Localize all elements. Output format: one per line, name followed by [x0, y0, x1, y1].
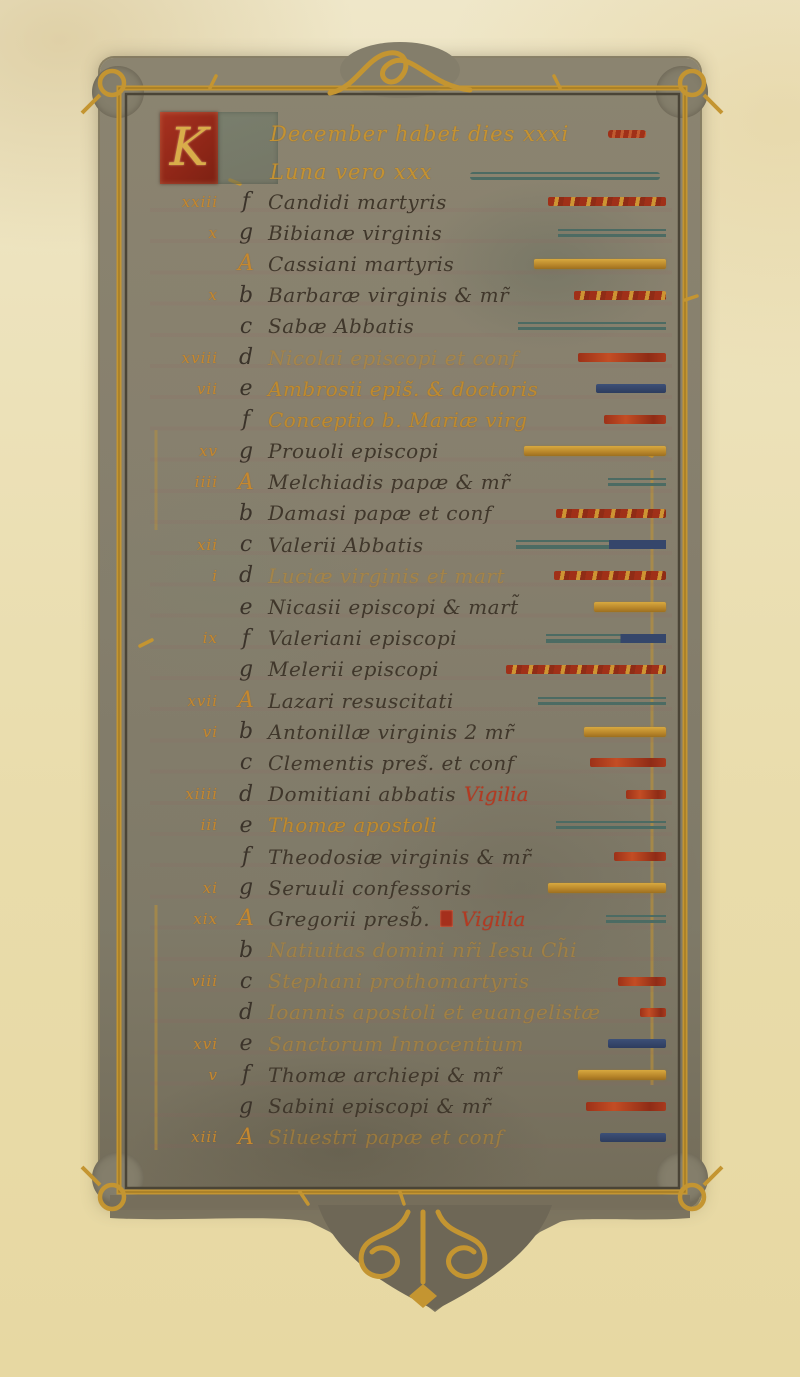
calendar-row: vi b Antonillæ virginis 2 mr̃	[150, 716, 672, 747]
dominical-letter: b	[224, 283, 268, 308]
golden-number: iiii	[150, 473, 224, 491]
calendar-row: d Ioannis apostoli et euangelistæ	[150, 997, 672, 1028]
feast-text: Damasi papæ et conf	[268, 501, 492, 525]
dominical-letter: e	[224, 813, 268, 838]
dominical-letter: d	[224, 345, 268, 370]
dominical-letter: c	[224, 314, 268, 339]
line-filler	[516, 540, 666, 549]
dominical-letter: f	[224, 844, 268, 869]
calendar-row: xviii d Nicolai episcopi et conf	[150, 342, 672, 373]
line-filler	[548, 197, 666, 206]
line-filler	[618, 977, 666, 986]
dominical-letter: A	[224, 688, 268, 713]
feast-text: Thomæ archiepi & mr̃	[268, 1063, 502, 1087]
calendar-row: f Conceptio b. Mariæ virg	[150, 404, 672, 435]
calendar-row: xv g Prouoli episcopi	[150, 436, 672, 467]
lunar-title: Luna vero xxx	[270, 160, 432, 184]
golden-number: iii	[150, 816, 224, 834]
dominical-letter: g	[224, 1094, 268, 1119]
dominical-letter: g	[224, 875, 268, 900]
line-filler	[574, 291, 666, 300]
faded-initial-panel	[218, 112, 278, 184]
dominical-letter: f	[224, 626, 268, 651]
golden-number: v	[150, 1066, 224, 1084]
feast-text: Thomæ apostoli	[268, 813, 437, 837]
dominical-letter: b	[224, 938, 268, 963]
calendar-row: xiiii d Domitiani abbatis Vigilia	[150, 779, 672, 810]
calendar-row: x g Bibianæ virginis	[150, 217, 672, 248]
feast-text: Prouoli episcopi	[268, 439, 439, 463]
calendar-row: e Nicasii episcopi & mart̃	[150, 591, 672, 622]
calendar-row: b Damasi papæ et conf	[150, 498, 672, 529]
dominical-letter: d	[224, 782, 268, 807]
dominical-letter: d	[224, 563, 268, 588]
golden-number: xi	[150, 879, 224, 897]
calendar-row: xix A Gregorii presb̃. Vigilia	[150, 903, 672, 934]
feast-text: Stephani prothomartyris	[268, 969, 530, 993]
golden-number: xxiii	[150, 193, 224, 211]
calendar-initial-block: K	[160, 112, 218, 184]
calendar-row: iiii A Melchiadis papæ & mr̃	[150, 467, 672, 498]
line-filler	[604, 415, 666, 424]
calendar-row: xiii A Siluestri papæ et conf	[150, 1122, 672, 1153]
dominical-letter: e	[224, 595, 268, 620]
dominical-letter: A	[224, 251, 268, 276]
line-filler	[608, 478, 666, 486]
feast-text: Ambrosii epis̃. & doctoris	[268, 377, 538, 401]
feast-text: Melerii episcopi	[268, 657, 439, 681]
calendar-row: v f Thomæ archiepi & mr̃	[150, 1059, 672, 1090]
dominical-letter: b	[224, 719, 268, 744]
golden-number: xv	[150, 442, 224, 460]
feast-text: Siluestri papæ et conf	[268, 1125, 503, 1149]
golden-number: vii	[150, 380, 224, 398]
golden-number: xviii	[150, 349, 224, 367]
calendar-rows: xxiii f Candidi martyris x g Bibianæ vir…	[150, 186, 672, 1153]
line-filler	[524, 446, 666, 456]
calendar-row: c Clementis pres̃. et conf	[150, 747, 672, 778]
calendar-row: ix f Valeriani episcopi	[150, 623, 672, 654]
line-filler	[640, 1008, 666, 1017]
feast-text: Seruuli confessoris	[268, 876, 472, 900]
golden-number: x	[150, 286, 224, 304]
calendar-row: b Natiuitas domini nr̃i Iesu Ch̃i	[150, 935, 672, 966]
line-filler	[584, 727, 666, 737]
golden-number: xvii	[150, 692, 224, 710]
calendar-row: viii c Stephani prothomartyris	[150, 966, 672, 997]
dominical-letter: e	[224, 1031, 268, 1056]
feast-text: Bibianæ virginis	[268, 221, 442, 245]
line-filler	[590, 758, 666, 767]
feast-text: Barbaræ virginis & mr̃	[268, 283, 509, 307]
dominical-letter: e	[224, 376, 268, 401]
line-filler	[558, 229, 666, 237]
calendar-row: xvii A Lazari resuscitati	[150, 685, 672, 716]
feast-text: Melchiadis papæ & mr̃	[268, 470, 510, 494]
rubric-paraph-mark	[440, 910, 453, 927]
line-filler	[546, 634, 666, 643]
line-filler	[518, 322, 666, 330]
calendar-row: i d Luciæ virginis et mart	[150, 560, 672, 591]
line-filler	[586, 1102, 666, 1111]
dominical-letter: g	[224, 439, 268, 464]
line-filler	[534, 259, 666, 269]
dominical-letter: f	[224, 1062, 268, 1087]
line-filler	[506, 665, 666, 674]
golden-number: xiiii	[150, 785, 224, 803]
golden-number: x	[150, 224, 224, 242]
line-filler	[596, 384, 666, 393]
calendar-row: g Sabini episcopi & mr̃	[150, 1090, 672, 1121]
feast-text: Ioannis apostoli et euangelistæ	[268, 1000, 601, 1024]
golden-number: xvi	[150, 1035, 224, 1053]
feast-text: Luciæ virginis et mart	[268, 564, 505, 588]
calendar-row: iii e Thomæ apostoli	[150, 810, 672, 841]
feast-text: Theodosiæ virginis & mr̃	[268, 845, 531, 869]
dominical-letter: g	[224, 657, 268, 682]
line-filler	[556, 509, 666, 518]
vigil-label: Vigilia	[461, 907, 525, 931]
feast-text: Nicolai episcopi et conf	[268, 346, 518, 370]
header-line-filler-teal	[470, 172, 660, 180]
month-title: December habet dies xxxi	[270, 122, 569, 146]
vigil-label: Vigilia	[464, 782, 528, 806]
calendar-row: xii c Valerii Abbatis	[150, 529, 672, 560]
feast-text: Antonillæ virginis 2 mr̃	[268, 720, 514, 744]
golden-number: xii	[150, 536, 224, 554]
line-filler	[606, 915, 666, 923]
feast-text: Domitiani abbatis	[268, 782, 456, 806]
calendar-row: vii e Ambrosii epis̃. & doctoris	[150, 373, 672, 404]
line-filler	[554, 571, 666, 580]
header-line-filler-red	[608, 130, 646, 138]
feast-text: Clementis pres̃. et conf	[268, 751, 515, 775]
line-filler	[538, 697, 666, 705]
feast-text: Gregorii presb̃.	[268, 907, 430, 931]
golden-number: ix	[150, 629, 224, 647]
feast-text: Candidi martyris	[268, 190, 447, 214]
line-filler	[578, 353, 666, 362]
feast-text: Lazari resuscitati	[268, 689, 454, 713]
kl-initial-letter: K	[170, 122, 209, 174]
dominical-letter: f	[224, 407, 268, 432]
dominical-letter: d	[224, 1000, 268, 1025]
feast-text: Valerii Abbatis	[268, 533, 424, 557]
manuscript-page: K December habet dies xxxi Luna vero xxx…	[0, 0, 800, 1377]
line-filler	[548, 883, 666, 893]
line-filler	[578, 1070, 666, 1080]
golden-number: i	[150, 567, 224, 585]
line-filler	[600, 1133, 666, 1142]
feast-text: Sabæ Abbatis	[268, 314, 414, 338]
dominical-letter: f	[224, 189, 268, 214]
dominical-letter: A	[224, 470, 268, 495]
feast-text: Sabini episcopi & mr̃	[268, 1094, 491, 1118]
calendar-row: x b Barbaræ virginis & mr̃	[150, 280, 672, 311]
dominical-letter: g	[224, 220, 268, 245]
calendar-row: xi g Seruuli confessoris	[150, 872, 672, 903]
dominical-letter: c	[224, 969, 268, 994]
line-filler	[608, 1039, 666, 1048]
feast-text: Conceptio b. Mariæ virg	[268, 408, 528, 432]
dominical-letter: b	[224, 501, 268, 526]
feast-text: Valeriani episcopi	[268, 626, 457, 650]
dominical-letter: c	[224, 750, 268, 775]
calendar-row: A Cassiani martyris	[150, 248, 672, 279]
line-filler	[594, 602, 666, 612]
line-filler	[626, 790, 666, 799]
feast-text: Natiuitas domini nr̃i Iesu Ch̃i	[268, 938, 577, 962]
golden-number: vi	[150, 723, 224, 741]
dominical-letter: A	[224, 906, 268, 931]
feast-text: Cassiani martyris	[268, 252, 454, 276]
calendar-row: xxiii f Candidi martyris	[150, 186, 672, 217]
line-filler	[614, 852, 666, 861]
dominical-letter: c	[224, 532, 268, 557]
feast-text: Sanctorum Innocentium	[268, 1032, 524, 1056]
calendar-row: f Theodosiæ virginis & mr̃	[150, 841, 672, 872]
calendar-row: g Melerii episcopi	[150, 654, 672, 685]
dominical-letter: A	[224, 1125, 268, 1150]
calendar-row: xvi e Sanctorum Innocentium	[150, 1028, 672, 1059]
feast-text: Nicasii episcopi & mart̃	[268, 595, 519, 619]
line-filler	[556, 821, 666, 829]
golden-number: xiii	[150, 1128, 224, 1146]
calendar-row: c Sabæ Abbatis	[150, 311, 672, 342]
golden-number: viii	[150, 972, 224, 990]
golden-number: xix	[150, 910, 224, 928]
